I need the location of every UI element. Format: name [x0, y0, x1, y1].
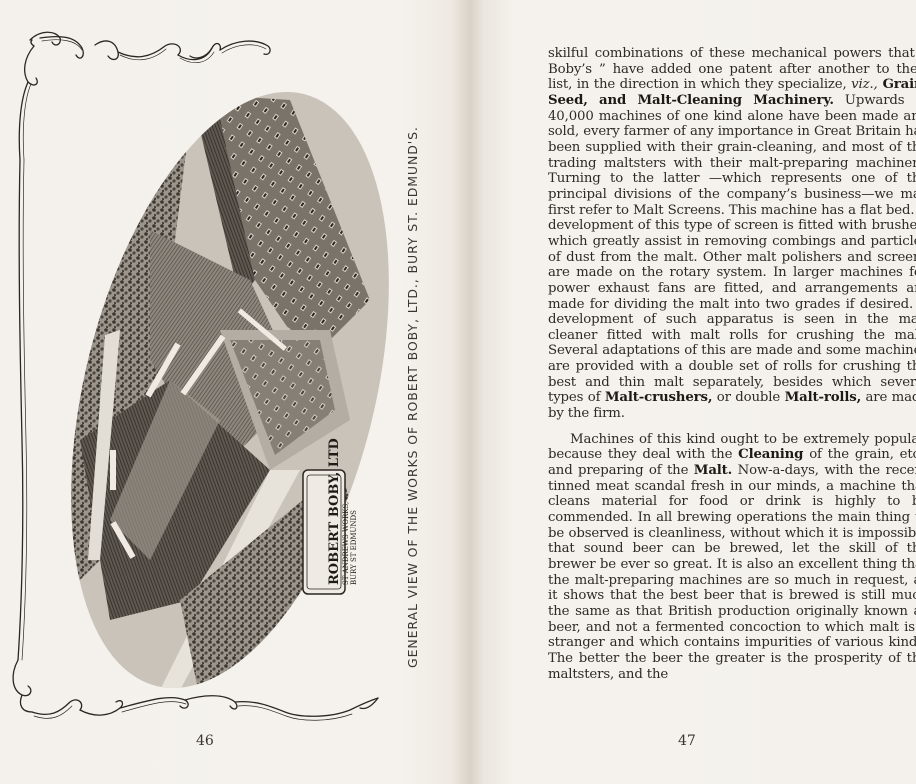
right-page: skilful combinations of these mechanical… — [470, 0, 916, 784]
italic-viz: viz., — [851, 77, 877, 92]
signboard-text: ROBERT BOBY, LTD ST ANDREWS WORKS, BURY … — [328, 438, 358, 585]
paragraph-1: skilful combinations of these mechanical… — [548, 46, 916, 422]
page-number-right: 47 — [678, 733, 696, 749]
illustration-caption: GENERAL VIEW OF THE WORKS OF ROBERT BOBY… — [405, 68, 420, 668]
text-run: or double — [712, 390, 784, 405]
signboard-line-2: ST ANDREWS WORKS, — [343, 438, 350, 585]
page-number-left: 46 — [196, 733, 214, 749]
bold-cleaning: Cleaning — [738, 447, 803, 462]
left-page: ROBERT BOBY, LTD ST ANDREWS WORKS, BURY … — [0, 0, 470, 784]
bold-malt-crushers: Malt-crushers, — [605, 390, 712, 405]
body-text: skilful combinations of these mechanical… — [548, 46, 916, 682]
bold-malt: Malt. — [694, 463, 732, 478]
book-spread: ROBERT BOBY, LTD ST ANDREWS WORKS, BURY … — [0, 0, 916, 784]
bold-malt-rolls: Malt-rolls, — [785, 390, 862, 405]
paragraph-2: Machines of this kind ought to be extrem… — [548, 432, 916, 683]
factory-engraving-illustration — [0, 0, 400, 784]
text-run: Upwards of 40,000 machines of one kind a… — [548, 93, 916, 405]
signboard-line-1: ROBERT BOBY, LTD — [328, 438, 341, 585]
signboard-line-3: BURY ST EDMUNDS — [351, 438, 358, 585]
text-run: Now-a-days, with the recent tinned meat … — [548, 463, 916, 682]
